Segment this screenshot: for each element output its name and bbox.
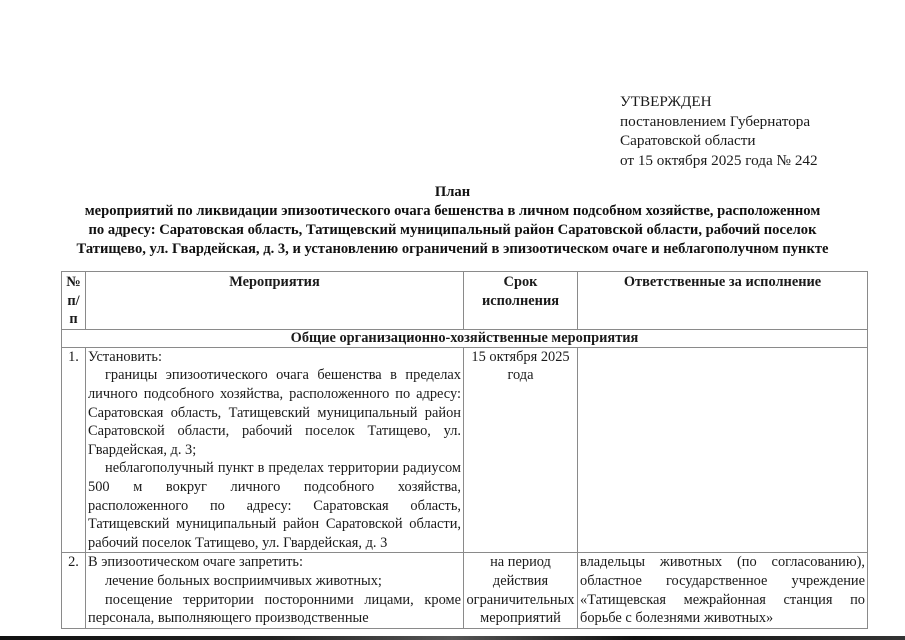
activity-paragraph: посещение территории посторонними лицами… xyxy=(88,591,461,628)
row-activity: В эпизоотическом очаге запретить: лечени… xyxy=(86,553,464,628)
title-line: мероприятий по ликвидации эпизоотическог… xyxy=(40,202,865,221)
activity-intro: Установить: xyxy=(88,348,461,367)
scan-edge xyxy=(0,636,905,640)
activity-paragraph: лечение больных восприимчивых животных; xyxy=(88,572,461,591)
approval-line: Саратовской области xyxy=(620,131,818,151)
row-activity: Установить: границы эпизоотического очаг… xyxy=(86,347,464,553)
plan-table: № п/п Мероприятия Срок исполнения Ответс… xyxy=(61,271,868,629)
activity-paragraph: неблагополучный пункт в пределах террито… xyxy=(88,459,461,552)
title-line: по адресу: Саратовская область, Татищевс… xyxy=(40,221,865,240)
row-responsible: владельцы животных (по согласованию), об… xyxy=(578,553,868,628)
title-line: Татищево, ул. Гвардейская, д. 3, и устан… xyxy=(40,240,865,259)
row-num: 1. xyxy=(62,347,86,553)
header-deadline: Срок исполнения xyxy=(464,272,578,330)
section-row: Общие организационно-хозяйственные мероп… xyxy=(62,329,868,347)
header-num: № п/п xyxy=(62,272,86,330)
approval-line: от 15 октября 2025 года № 242 xyxy=(620,151,818,171)
approval-heading: УТВЕРЖДЕН xyxy=(620,92,818,112)
approval-stamp: УТВЕРЖДЕН постановлением Губернатора Сар… xyxy=(620,92,818,170)
section-title: Общие организационно-хозяйственные мероп… xyxy=(62,329,868,347)
document-page: УТВЕРЖДЕН постановлением Губернатора Сар… xyxy=(0,0,905,640)
row-deadline: 15 октября 2025 года xyxy=(464,347,578,553)
document-title: План мероприятий по ликвидации эпизоотич… xyxy=(40,183,865,259)
activity-intro: В эпизоотическом очаге запретить: xyxy=(88,553,461,572)
header-activity: Мероприятия xyxy=(86,272,464,330)
row-responsible xyxy=(578,347,868,553)
row-deadline: на период действия ограничительных мероп… xyxy=(464,553,578,628)
title-heading: План xyxy=(40,183,865,202)
activity-paragraph: границы эпизоотического очага бешенства … xyxy=(88,366,461,459)
approval-line: постановлением Губернатора xyxy=(620,112,818,132)
table-header-row: № п/п Мероприятия Срок исполнения Ответс… xyxy=(62,272,868,330)
table-row: 1. Установить: границы эпизоотического о… xyxy=(62,347,868,553)
header-responsible: Ответственные за исполнение xyxy=(578,272,868,330)
row-num: 2. xyxy=(62,553,86,628)
table-row: 2. В эпизоотическом очаге запретить: леч… xyxy=(62,553,868,628)
